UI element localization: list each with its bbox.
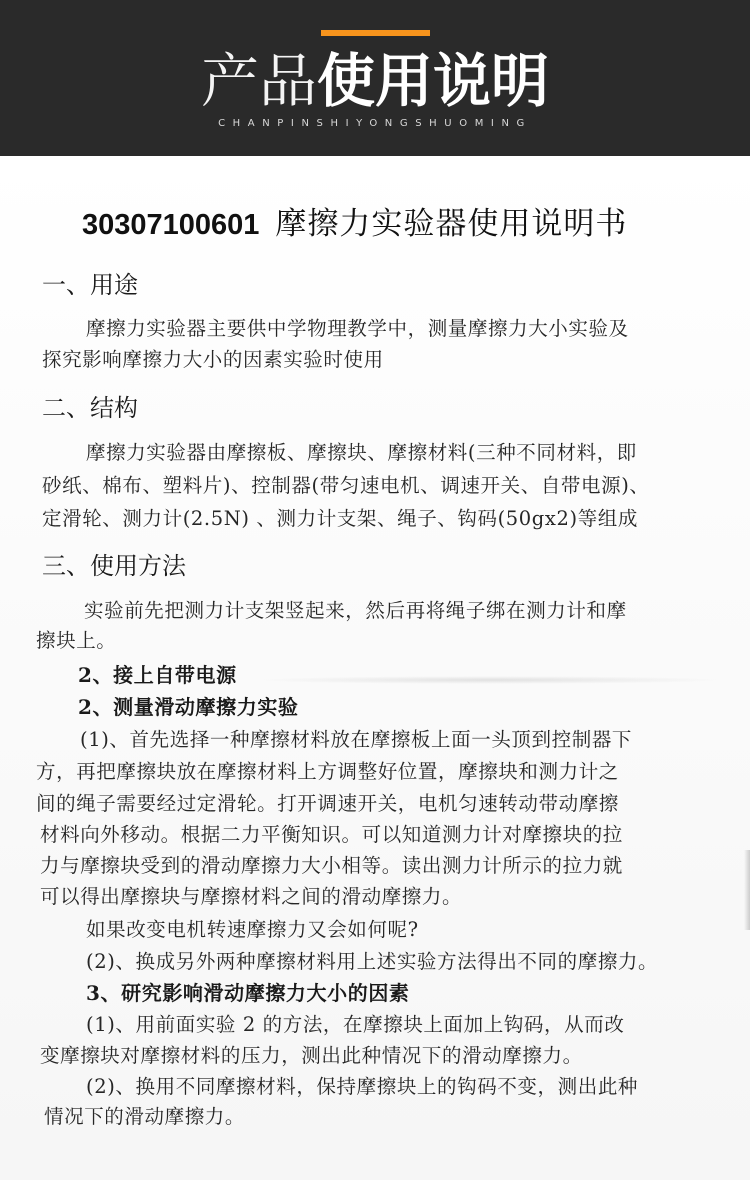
step-measure-heading: 2、测量滑动摩擦力实验 [78, 694, 299, 720]
document-title: 30307100601摩擦力实验器使用说明书 [82, 204, 627, 245]
document-name: 摩擦力实验器使用说明书 [275, 206, 627, 242]
section-heading-structure: 二、结构 [42, 393, 138, 423]
paragraph-line: 摩擦力实验器主要供中学物理教学中，测量摩擦力大小实验及 [86, 316, 629, 342]
step-power-heading: 2、接上自带电源 [78, 662, 237, 688]
paragraph-line: (2)、换成另外两种摩擦材料用上述实验方法得出不同的摩擦力。 [86, 949, 658, 975]
paragraph-line: 方，再把摩擦块放在摩擦材料上方调整好位置，摩擦块和测力计之 [36, 759, 619, 785]
paragraph-line: (1)、首先选择一种摩擦材料放在摩擦板上面一头顶到控制器下 [80, 727, 632, 753]
scan-smudge [255, 676, 725, 684]
paragraph-line: 力与摩擦块受到的滑动摩擦力大小相等。读出测力计所示的拉力就 [40, 853, 623, 879]
paragraph-line: 擦块上。 [36, 628, 116, 654]
banner-subtitle: CHANPINSHIYONGSHUOMING [0, 118, 750, 129]
paragraph-line: (1)、用前面实验 2 的方法，在摩擦块上面加上钩码，从而改 [86, 1012, 624, 1038]
paragraph-line: 可以得出摩擦块与摩擦材料之间的滑动摩擦力。 [40, 884, 462, 910]
accent-bar [321, 30, 430, 36]
paragraph-line: 情况下的滑动摩擦力。 [44, 1104, 245, 1130]
page-edge-shadow [744, 850, 750, 930]
step-factors-heading: 3、研究影响滑动摩擦力大小的因素 [86, 980, 410, 1006]
product-code: 30307100601 [82, 209, 259, 241]
paragraph-line: 材料向外移动。根据二力平衡知识。可以知道测力计对摩擦块的拉 [40, 822, 623, 848]
paragraph-line: 砂纸、棉布、塑料片)、控制器(带匀速电机、调速开关、自带电源)、 [42, 473, 650, 499]
question-line: 如果改变电机转速摩擦力又会如何呢? [86, 917, 419, 943]
header-banner: 产品使用说明 CHANPINSHIYONGSHUOMING [0, 0, 750, 156]
section-heading-purpose: 一、用途 [42, 270, 138, 300]
paragraph-line: 探究影响摩擦力大小的因素实验时使用 [42, 347, 384, 373]
paragraph-line: 摩擦力实验器由摩擦板、摩擦块、摩擦材料(三种不同材料，即 [86, 440, 637, 466]
paragraph-line: 实验前先把测力计支架竖起来，然后再将绳子绑在测力计和摩 [84, 598, 627, 624]
paragraph-line: 变摩擦块对摩擦材料的压力，测出此种情况下的滑动摩擦力。 [40, 1043, 583, 1069]
section-heading-usage: 三、使用方法 [42, 551, 186, 581]
paragraph-line: 定滑轮、测力计(2.5N) 、测力计支架、绳子、钩码(50gx2)等组成 [42, 506, 638, 532]
banner-title: 产品使用说明 [0, 46, 750, 116]
banner-title-light: 产品 [201, 47, 317, 115]
paragraph-line: (2)、换用不同摩擦材料，保持摩擦块上的钩码不变，测出此种 [86, 1074, 638, 1100]
paragraph-line: 间的绳子需要经过定滑轮。打开调速开关，电机匀速转动带动摩擦 [36, 791, 619, 817]
banner-title-bold: 使用说明 [317, 47, 549, 115]
